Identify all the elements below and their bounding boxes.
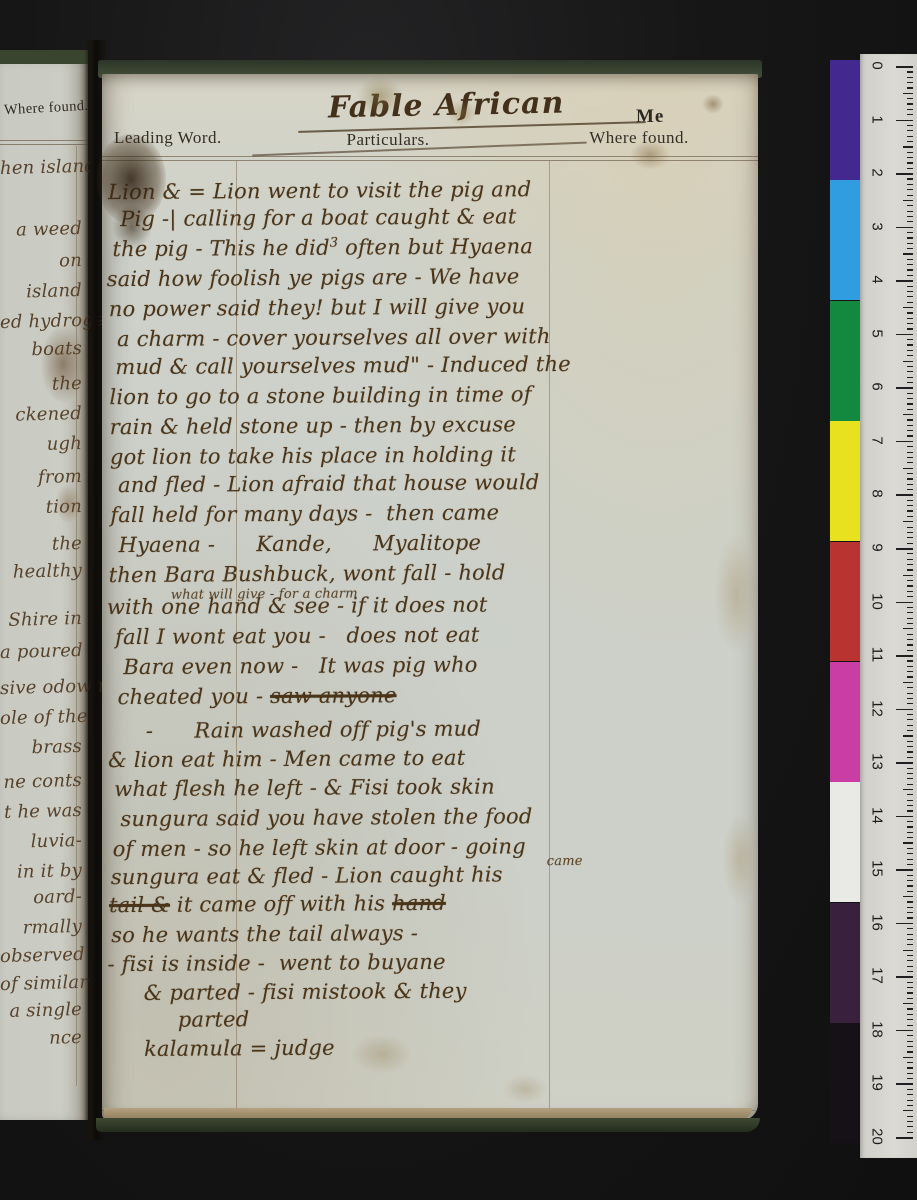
ruler-tick-minor	[907, 296, 913, 297]
color-patch-aubergine	[830, 903, 860, 1023]
ruler-number: 10	[869, 586, 886, 616]
ruler-tick-minor	[907, 446, 913, 447]
left-page-line-fragment: island	[0, 280, 82, 303]
ruler-tick-minor	[907, 891, 913, 892]
ruler-tick-minor	[907, 162, 913, 163]
manuscript-words: then Bara Bushbuck, wont fall - hold	[109, 560, 506, 587]
left-page-line-fragment: Shire in	[0, 608, 82, 631]
manuscript-text-block: Lion & = Lion went to visit the pig andP…	[101, 70, 764, 1121]
ruler-tick-minor	[907, 87, 913, 88]
ruler-tick-minor	[907, 1008, 913, 1009]
notebook-paper: Me Leading Word. Particulars. Where foun…	[102, 74, 758, 1120]
manuscript-line: lion to go to a stone building in time o…	[109, 382, 531, 409]
ruler-tick-minor	[907, 810, 913, 811]
ruler-tick-minor	[907, 221, 913, 222]
ruler-tick-minor	[907, 698, 913, 699]
manuscript-line: and fled - Lion afraid that house would	[118, 470, 540, 497]
left-page-line-fragment: sive odown	[0, 676, 82, 699]
manuscript-words: of men - so he left skin at door - going	[113, 834, 526, 861]
ruler-tick-minor	[907, 805, 913, 806]
ruler-number: 0	[869, 51, 886, 81]
ruler-tick-major	[896, 869, 913, 871]
manuscript-line: of men - so he left skin at door - going	[113, 834, 526, 861]
ruler-tick-minor	[907, 275, 913, 276]
ruler-tick-minor	[907, 452, 913, 453]
ruler-tick-minor	[907, 934, 913, 935]
ruler-tick-minor	[903, 253, 913, 254]
ruler-tick-minor	[907, 778, 913, 779]
ruler-tick-minor	[907, 1041, 913, 1042]
ruler-tick-minor	[907, 269, 913, 270]
ruler-tick-minor	[907, 302, 913, 303]
ruler-tick-minor	[907, 960, 913, 961]
cover-cloth-edge-bottom	[96, 1118, 760, 1132]
ruler-tick-major	[896, 334, 913, 336]
ruler-tick-minor	[907, 377, 913, 378]
ruler-tick-major	[896, 66, 913, 68]
ruler-tick-minor	[907, 885, 913, 886]
manuscript-words: fall held for many days - then came	[110, 500, 499, 527]
ruler-tick-minor	[907, 291, 913, 292]
ruler-tick-minor	[907, 693, 913, 694]
ruler-tick-minor	[903, 307, 913, 308]
ruler-tick-major	[896, 173, 913, 175]
left-page-line-fragment: luvia-	[0, 830, 82, 853]
ruler-number: 13	[869, 747, 886, 777]
ruler-tick-minor	[907, 1126, 913, 1127]
ruler-tick-minor	[907, 687, 913, 688]
manuscript-line: no power said they! but I will give you	[109, 294, 526, 321]
ruler-tick-minor	[907, 484, 913, 485]
ruler-tick-major	[896, 227, 913, 229]
left-page-line-fragment: ne conts	[0, 770, 82, 793]
ruler-tick-minor	[907, 71, 913, 72]
ruler-tick-minor	[907, 211, 913, 212]
ruler-number: 19	[869, 1068, 886, 1098]
ruler-tick-minor	[907, 543, 913, 544]
ruler-number: 2	[869, 158, 886, 188]
ruler-tick-minor	[907, 136, 913, 137]
ruler-tick-minor	[907, 966, 913, 967]
ruler-tick-minor	[907, 152, 913, 153]
manuscript-words: cheated you -	[117, 684, 270, 709]
ruler-tick-minor	[907, 1014, 913, 1015]
manuscript-words: Hyaena - Kande, Myalitope	[118, 531, 481, 558]
ruler-tick-minor	[907, 323, 913, 324]
manuscript-words: came	[547, 854, 583, 869]
ruler-tick-minor	[907, 141, 913, 142]
ruler-tick-major	[896, 816, 913, 818]
left-page-line-fragment: hen island	[0, 156, 82, 179]
ruler-tick-minor	[907, 205, 913, 206]
left-page-line-fragment: ckened	[0, 403, 82, 426]
ruler-tick-minor	[907, 644, 913, 645]
ruler-tick-minor	[903, 146, 913, 147]
manuscript-line: got lion to take his place in holding it	[110, 442, 516, 469]
ruler-tick-minor	[907, 419, 913, 420]
ruler-tick-minor	[907, 880, 913, 881]
ruler-tick-minor	[907, 757, 913, 758]
manuscript-words: got lion to take his place in holding it	[110, 442, 516, 469]
ruler-tick-minor	[903, 896, 913, 897]
ruler-tick-minor	[907, 591, 913, 592]
ruler-tick-major	[896, 280, 913, 282]
ruler-tick-major	[896, 1083, 913, 1085]
left-page-line-fragment: nce	[0, 1027, 82, 1050]
ruler-number: 8	[869, 479, 886, 509]
ruler-tick-minor	[907, 998, 913, 999]
manuscript-line: & parted - fisi mistook & they	[144, 979, 467, 1005]
ruler-tick-minor	[907, 596, 913, 597]
ruler-tick-minor	[907, 1073, 913, 1074]
ruler-tick-minor	[907, 232, 913, 233]
left-page-line-fragment: brass	[0, 736, 82, 759]
ruler-tick-minor	[907, 478, 913, 479]
ruler-tick-major	[896, 1030, 913, 1032]
ruler-tick-minor	[907, 505, 913, 506]
left-page-line-fragment: healthy	[0, 560, 82, 583]
left-page-line-fragment: ole of the	[0, 706, 82, 729]
ruler-tick-minor	[907, 1046, 913, 1047]
manuscript-words: parted	[178, 1007, 250, 1031]
ruler-tick-minor	[907, 1116, 913, 1117]
ruler-tick-minor	[907, 462, 913, 463]
ruler-tick-minor	[907, 393, 913, 394]
ruler-tick-minor	[907, 714, 913, 715]
ruler-tick-minor	[907, 109, 913, 110]
ruler-tick-minor	[907, 730, 913, 731]
ruler-tick-minor	[907, 971, 913, 972]
ruler-tick-minor	[907, 746, 913, 747]
ruler-number: 12	[869, 693, 886, 723]
manuscript-line: sungura eat & fled - Lion caught his	[111, 862, 503, 889]
ruler-tick-minor	[907, 676, 913, 677]
ruler-tick-minor	[907, 1019, 913, 1020]
ruler-tick-minor	[907, 125, 913, 126]
ruler-tick-minor	[907, 1132, 913, 1133]
ruler-tick-minor	[903, 789, 913, 790]
manuscript-words: Pig -| calling for a boat caught & eat	[120, 204, 516, 231]
ruler-tick-minor	[907, 585, 913, 586]
ruler-number: 5	[869, 318, 886, 348]
ruler-tick-minor	[907, 1100, 913, 1101]
left-page-line-fragment: a poured	[0, 640, 82, 663]
left-page-line-fragment: rmally	[0, 916, 82, 939]
left-page-line-fragment: ugh	[0, 433, 82, 456]
ruler-number: 14	[869, 800, 886, 830]
manuscript-words: lion to go to a stone building in time o…	[109, 382, 531, 409]
left-page-line-fragment: ed hydrogen	[0, 310, 82, 333]
struck-through-words: saw anyone	[270, 683, 397, 708]
manuscript-line: what flesh he left - & Fisi took skin	[114, 774, 495, 801]
ruler-tick-minor	[903, 628, 913, 629]
ruler-tick-major	[896, 494, 913, 496]
ruler-tick-minor	[907, 634, 913, 635]
manuscript-words: rain & held stone up - then by excuse	[110, 412, 516, 439]
ruler-tick-minor	[907, 77, 913, 78]
manuscript-words: no power said they! but I will give you	[109, 294, 526, 321]
ruler-tick-minor	[903, 1057, 913, 1058]
color-patch-red	[830, 542, 860, 662]
manuscript-line: fall I wont eat you - does not eat	[115, 623, 480, 650]
manuscript-words: a charm - cover yourselves all over with	[117, 324, 551, 351]
ruler-tick-minor	[903, 468, 913, 469]
ruler-tick-minor	[907, 1067, 913, 1068]
ruler-tick-minor	[907, 409, 913, 410]
ruler-tick-minor	[907, 800, 913, 801]
manuscript-words: & parted - fisi mistook & they	[144, 979, 467, 1005]
ruler-tick-minor	[907, 350, 913, 351]
ruler-tick-minor	[907, 751, 913, 752]
manuscript-words: said how foolish ye pigs are - We have	[107, 264, 520, 291]
ruler-tick-minor	[907, 1062, 913, 1063]
ruler-tick-minor	[903, 93, 913, 94]
color-patch-green	[830, 301, 860, 421]
manuscript-words: - fisi is inside - went to buyane	[107, 950, 445, 976]
struck-through-words: tail &	[109, 893, 170, 917]
left-page-line-fragment: from	[0, 466, 82, 489]
ruler-tick-minor	[907, 848, 913, 849]
ruler-tick-major	[896, 923, 913, 925]
ruler-tick-minor	[907, 527, 913, 528]
ruler-tick-major	[896, 976, 913, 978]
ruler-tick-minor	[907, 516, 913, 517]
ruler-tick-minor	[907, 510, 913, 511]
ruler-tick-minor	[907, 987, 913, 988]
color-patch-magenta	[830, 662, 860, 782]
ruler-tick-minor	[907, 259, 913, 260]
ruler-tick-minor	[907, 955, 913, 956]
ruler-tick-minor	[907, 901, 913, 902]
manuscript-words: sungura eat & fled - Lion caught his	[111, 862, 503, 889]
ruler-tick-minor	[907, 286, 913, 287]
color-patch-white	[830, 782, 860, 902]
manuscript-words: and fled - Lion afraid that house would	[118, 470, 540, 497]
left-page-edge: Where found. hen islanda weedonislanded …	[0, 54, 88, 1120]
ruler-tick-minor	[907, 794, 913, 795]
ruler-tick-minor	[907, 1051, 913, 1052]
ruler-tick-minor	[907, 366, 913, 367]
manuscript-line: cheated you - saw anyone	[117, 683, 396, 709]
ruler-tick-minor	[907, 339, 913, 340]
manuscript-line: Hyaena - Kande, Myalitope	[118, 531, 481, 558]
color-patch-black	[830, 1023, 860, 1143]
manuscript-line: Lion & = Lion went to visit the pig and	[108, 177, 531, 204]
left-page-line-fragment: a single	[0, 999, 82, 1022]
ruler-tick-minor	[907, 1078, 913, 1079]
manuscript-line: the pig - This he did3 often but Hyaena	[112, 234, 533, 261]
ruler-tick-minor	[907, 671, 913, 672]
left-page-line-fragment: observed	[0, 944, 82, 967]
ruler-tick-minor	[907, 741, 913, 742]
ruler-tick-minor	[907, 489, 913, 490]
ruler-number: 20	[869, 1122, 886, 1152]
ruler-tick-minor	[907, 157, 913, 158]
ruler-number: 18	[869, 1014, 886, 1044]
ruler-tick-minor	[907, 1089, 913, 1090]
ruler-tick-minor	[903, 842, 913, 843]
manuscript-line: fall held for many days - then came	[110, 500, 499, 527]
color-calibration-patches	[830, 60, 860, 1144]
manuscript-words: the pig - This he did	[112, 236, 329, 262]
ruler-tick-minor	[907, 189, 913, 190]
ruler-tick-minor	[907, 837, 913, 838]
color-patch-yellow	[830, 421, 860, 541]
ruler-tick-minor	[907, 864, 913, 865]
left-page-line-fragment: in it by	[0, 860, 82, 883]
ruler-number: 7	[869, 425, 886, 455]
ruler-tick-minor	[907, 243, 913, 244]
ruler-tick-minor	[907, 532, 913, 533]
ruler-tick-minor	[907, 982, 913, 983]
left-page-line-fragment: boats	[0, 338, 82, 361]
ruler-tick-minor	[907, 82, 913, 83]
manuscript-line: kalamula = judge	[144, 1036, 335, 1061]
ruler-tick-minor	[907, 618, 913, 619]
ruler-tick-minor	[907, 564, 913, 565]
ruler-tick-minor	[903, 682, 913, 683]
ruler-tick-minor	[907, 98, 913, 99]
ruler-tick-minor	[907, 569, 913, 570]
ruler-tick-minor	[907, 992, 913, 993]
manuscript-words: sungura said you have stolen the food	[120, 804, 532, 831]
ruler-number: 4	[869, 265, 886, 295]
ruler-tick-minor	[907, 859, 913, 860]
ruler-tick-minor	[907, 612, 913, 613]
ruler-tick-minor	[907, 768, 913, 769]
ruler-tick-minor	[903, 200, 913, 201]
ruler-tick-minor	[907, 216, 913, 217]
ruler-tick-minor	[907, 264, 913, 265]
manuscript-line: said how foolish ye pigs are - We have	[107, 264, 520, 291]
ruler-tick-minor	[907, 435, 913, 436]
ruler-number: 17	[869, 961, 886, 991]
manuscript-words: kalamula = judge	[144, 1036, 335, 1061]
manuscript-line: a charm - cover yourselves all over with	[117, 324, 551, 351]
ruler-tick-minor	[903, 735, 913, 736]
manuscript-line: & lion eat him - Men came to eat	[108, 746, 465, 772]
ruler-tick-minor	[907, 1121, 913, 1122]
ruler-tick-minor	[907, 344, 913, 345]
manuscript-words: 3	[330, 236, 339, 251]
ruler-tick-minor	[907, 318, 913, 319]
ruler-tick-minor	[907, 650, 913, 651]
ruler-tick-minor	[907, 425, 913, 426]
ruler-tick-minor	[907, 537, 913, 538]
left-page-line-fragment: of similar	[0, 972, 82, 995]
manuscript-words: what flesh he left - & Fisi took skin	[114, 774, 495, 801]
ruler-number: 6	[869, 372, 886, 402]
ruler-tick-minor	[903, 361, 913, 362]
ruler-tick-minor	[907, 939, 913, 940]
left-page-handwriting: hen islanda weedonislanded hydrogenboats…	[0, 54, 88, 1120]
manuscript-words: fall I wont eat you - does not eat	[115, 623, 480, 650]
ruler-tick-minor	[903, 950, 913, 951]
ruler-tick-minor	[907, 832, 913, 833]
ruler-tick-minor	[907, 928, 913, 929]
ruler-tick-minor	[903, 1003, 913, 1004]
manuscript-line: so he wants the tail always -	[111, 921, 418, 947]
left-page-line-fragment: oard-	[0, 886, 82, 909]
manuscript-words: - Rain washed off pig's mud	[146, 717, 481, 743]
manuscript-words: often but Hyaena	[338, 234, 533, 259]
ruler-tick-minor	[907, 430, 913, 431]
ruler-tick-minor	[907, 248, 913, 249]
manuscript-words: mud & call yourselves mud" - Induced the	[115, 352, 571, 379]
ruler-tick-minor	[907, 178, 913, 179]
ruler-tick-minor	[907, 103, 913, 104]
ruler-tick-minor	[907, 371, 913, 372]
manuscript-line: sungura said you have stolen the food	[120, 804, 532, 831]
notebook-page: Me Leading Word. Particulars. Where foun…	[102, 60, 758, 1132]
ruler-tick-minor	[907, 826, 913, 827]
manuscript-line: mud & call yourselves mud" - Induced the	[115, 352, 571, 379]
manuscript-line: rain & held stone up - then by excuse	[110, 412, 516, 439]
ruler-tick-minor	[907, 703, 913, 704]
ruler-number: 15	[869, 854, 886, 884]
ruler-tick-major	[896, 120, 913, 122]
manuscript-line: - fisi is inside - went to buyane	[107, 950, 445, 976]
manuscript-line: with one hand & see - if it does not	[107, 593, 488, 620]
ruler-tick-major	[896, 762, 913, 764]
ruler-tick-minor	[907, 195, 913, 196]
ruler-tick-minor	[907, 355, 913, 356]
ruler-tick-minor	[907, 328, 913, 329]
ruler-number: 16	[869, 907, 886, 937]
manuscript-words: it came off with his	[170, 891, 392, 917]
ruler-tick-minor	[903, 575, 913, 576]
ruler-tick-minor	[907, 853, 913, 854]
ruler-tick-minor	[907, 821, 913, 822]
manuscript-line: Bara even now - It was pig who	[123, 653, 477, 679]
ruler-tick-minor	[907, 912, 913, 913]
ruler-tick-minor	[903, 521, 913, 522]
left-page-line-fragment: a weed	[0, 218, 82, 241]
ruler-tick-minor	[907, 237, 913, 238]
ruler-tick-minor	[903, 1110, 913, 1111]
manuscript-line: Pig -| calling for a boat caught & eat	[120, 204, 516, 231]
ruler-number: 1	[869, 104, 886, 134]
ruler-tick-minor	[907, 1105, 913, 1106]
left-page-line-fragment: on	[0, 250, 82, 273]
ruler-tick-major	[896, 655, 913, 657]
manuscript-words: & lion eat him - Men came to eat	[108, 746, 465, 772]
manuscript-line: - Rain washed off pig's mud	[146, 717, 481, 743]
ruler-tick-minor	[907, 784, 913, 785]
ruler-tick-minor	[907, 168, 913, 169]
ruler-tick-minor	[907, 403, 913, 404]
ruler-tick-minor	[907, 184, 913, 185]
manuscript-line: came	[547, 854, 583, 869]
ruler-tick-minor	[907, 559, 913, 560]
ruler-tick-minor	[907, 875, 913, 876]
ruler-tick-major	[896, 709, 913, 711]
ruler-tick-minor	[907, 907, 913, 908]
manuscript-words: with one hand & see - if it does not	[107, 593, 488, 620]
manuscript-words: Bara even now - It was pig who	[123, 653, 477, 679]
ruler-tick-minor	[907, 773, 913, 774]
left-page-line-fragment: the	[0, 533, 82, 556]
manuscript-words: so he wants the tail always -	[111, 921, 418, 947]
ruler-tick-minor	[907, 398, 913, 399]
manuscript-line: parted	[178, 1007, 250, 1031]
manuscript-words: Lion & = Lion went to visit the pig and	[108, 177, 531, 204]
ruler-tick-major	[896, 441, 913, 443]
ruler-tick-minor	[907, 473, 913, 474]
ruler-tick-major	[896, 602, 913, 604]
ruler-tick-minor	[907, 944, 913, 945]
ruler-tick-minor	[907, 500, 913, 501]
